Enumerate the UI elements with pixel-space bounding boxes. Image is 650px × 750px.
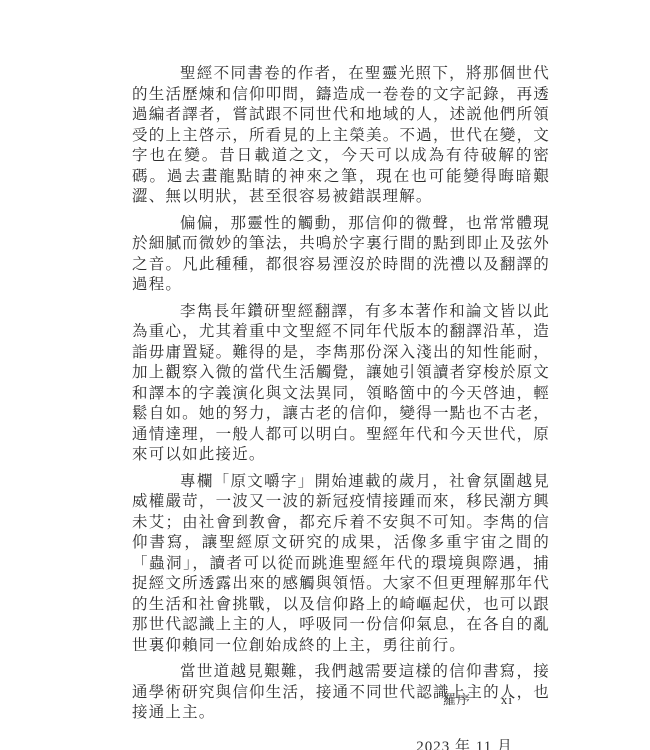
paragraph-2: 偏偏，那靈性的觸動，那信仰的微聲，也常常體現於細膩而微妙的筆法，共鳴於字裏行間的… [132,214,550,296]
paragraph-4: 專欄「原文嚼字」開始連載的歲月，社會氛圍越見威權嚴苛，一波又一波的新冠疫情接踵而… [132,472,550,657]
paragraph-3: 李雋長年鑽研聖經翻譯，有多本著作和論文皆以此為重心，尤其着重中文聖經不同年代版本… [132,302,550,466]
footer-section-title: 羅序 [443,689,471,708]
body-text: 聖經不同書卷的作者，在聖靈光照下，將那個世代的生活歷煉和信仰叩問，鑄造成一卷卷的… [132,64,550,750]
footer-page-number: xi [501,692,513,708]
page-footer: 羅序 xi [443,689,513,708]
date-line: 2023 年 11 月 [132,735,550,750]
paragraph-1: 聖經不同書卷的作者，在聖靈光照下，將那個世代的生活歷煉和信仰叩問，鑄造成一卷卷的… [132,64,550,208]
book-page: 聖經不同書卷的作者，在聖靈光照下，將那個世代的生活歷煉和信仰叩問，鑄造成一卷卷的… [0,0,650,750]
